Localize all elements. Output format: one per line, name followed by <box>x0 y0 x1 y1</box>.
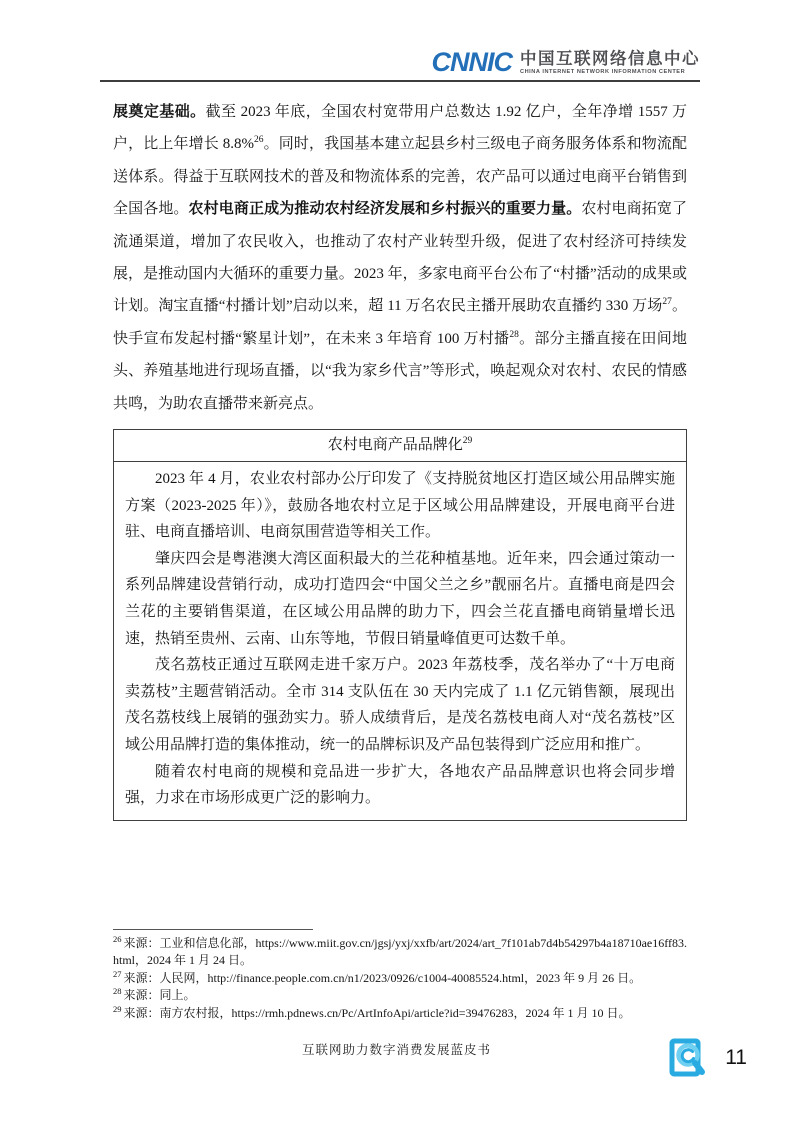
body-run: 展奠定基础。 <box>113 104 206 120</box>
header-divider <box>100 80 700 82</box>
case-study-paragraph: 茂名荔枝正通过互联网走进千家万户。2023 年荔枝季，茂名举办了“十万电商卖荔枝… <box>125 652 675 758</box>
page-header: CNNIC 中国互联网络信息中心 CHINA INTERNET NETWORK … <box>100 48 700 82</box>
page-number: 11 <box>725 1046 747 1070</box>
cnnic-logo-acronym: CNNIC <box>432 48 513 76</box>
page-body: 展奠定基础。截至 2023 年底，全国农村宽带用户总数达 1.92 亿户，全年净… <box>113 96 687 821</box>
body-paragraph: 展奠定基础。截至 2023 年底，全国农村宽带用户总数达 1.92 亿户，全年净… <box>113 96 687 420</box>
case-study-body: 2023 年 4 月，农业农村部办公厅印发了《支持脱贫地区打造区域公用品牌实施方… <box>114 462 686 820</box>
footnotes-section: 26来源：工业和信息化部，https://www.miit.gov.cn/jgs… <box>113 929 691 1022</box>
footnote-ref-29: 29 <box>463 436 473 446</box>
footnote-number: 26 <box>113 934 122 944</box>
footnote-27: 27来源：人民网，http://finance.people.com.cn/n1… <box>113 970 691 987</box>
footnote-ref-28: 28 <box>509 330 519 340</box>
footnote-text: 来源：南方农村报，https://rmh.pdnews.cn/Pc/ArtInf… <box>124 1006 631 1020</box>
cnnic-logo-names: 中国互联网络信息中心 CHINA INTERNET NETWORK INFORM… <box>520 48 700 76</box>
footnote-text: 来源：工业和信息化部，https://www.miit.gov.cn/jgsj/… <box>113 936 687 967</box>
footnote-ref-27: 27 <box>662 297 672 307</box>
case-study-title: 农村电商产品品牌化29 <box>114 430 686 462</box>
footnote-text: 来源：人民网，http://finance.people.com.cn/n1/2… <box>124 971 642 985</box>
footnote-26: 26来源：工业和信息化部，https://www.miit.gov.cn/jgs… <box>113 935 691 970</box>
case-study-paragraph: 肇庆四会是粤港澳大湾区面积最大的兰花种植基地。近年来，四会通过策动一系列品牌建设… <box>125 546 675 652</box>
cnnic-logo: CNNIC 中国互联网络信息中心 CHINA INTERNET NETWORK … <box>100 48 700 76</box>
footnote-number: 28 <box>113 986 122 996</box>
case-study-paragraph: 2023 年 4 月，农业农村部办公厅印发了《支持脱贫地区打造区域公用品牌实施方… <box>125 466 675 546</box>
cnnic-logo-chinese-name: 中国互联网络信息中心 <box>520 50 700 68</box>
footer-right: 11 <box>669 1036 747 1080</box>
footnote-number: 29 <box>113 1004 122 1014</box>
case-study-paragraph: 随着农村电商的规模和竞品进一步扩大，各地农产品品牌意识也将会同步增强，力求在市场… <box>125 759 675 812</box>
footnote-28: 28来源：同上。 <box>113 987 691 1004</box>
footnote-ref-26: 26 <box>254 135 264 145</box>
page-footer: 互联网助力数字消费发展蓝皮书 11 <box>0 1036 793 1096</box>
footnote-separator <box>113 929 313 930</box>
body-run: 农村电商正成为推动农村经济发展和乡村振兴的重要力量。 <box>189 201 582 217</box>
case-study-title-text: 农村电商产品品牌化 <box>328 437 463 453</box>
case-study-box: 农村电商产品品牌化29 2023 年 4 月，农业农村部办公厅印发了《支持脱贫地… <box>113 429 687 821</box>
cnnic-logo-english-name: CHINA INTERNET NETWORK INFORMATION CENTE… <box>520 68 700 76</box>
doc-magnifier-icon <box>669 1036 707 1080</box>
footnote-number: 27 <box>113 969 122 979</box>
document-page: CNNIC 中国互联网络信息中心 CHINA INTERNET NETWORK … <box>0 0 793 1122</box>
footnote-text: 来源：同上。 <box>124 988 196 1002</box>
footnote-29: 29来源：南方农村报，https://rmh.pdnews.cn/Pc/ArtI… <box>113 1005 691 1022</box>
body-run: 农村电商拓宽了流通渠道，增加了农民收入，也推动了农村产业转型升级，促进了农村经济… <box>113 201 687 314</box>
